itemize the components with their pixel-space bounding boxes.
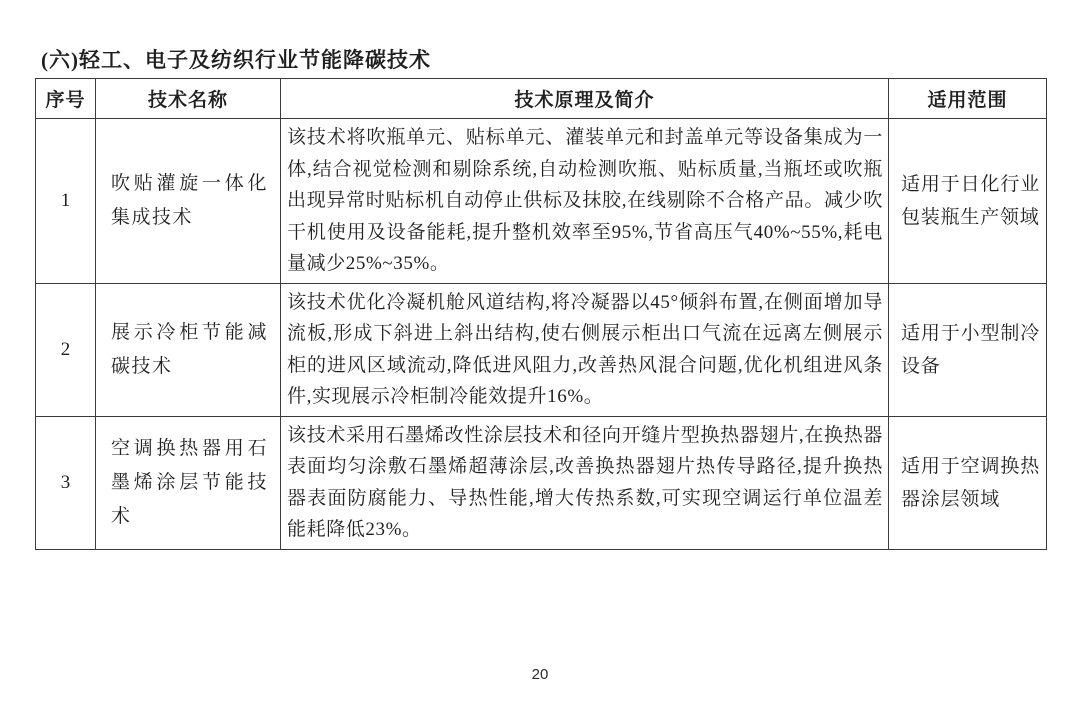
- technology-name: 空调换热器用石墨烯涂层节能技术: [96, 416, 281, 549]
- technology-description: 该技术将吹瓶单元、贴标单元、灌装单元和封盖单元等设备集成为一体,结合视觉检测和剔…: [281, 119, 889, 284]
- document-page: (六)轻工、电子及纺织行业节能降碳技术 序号 技术名称 技术原理及简介 适用范围…: [0, 0, 1080, 704]
- technology-table: 序号 技术名称 技术原理及简介 适用范围 1 吹贴灌旋一体化集成技术 该技术将吹…: [35, 78, 1047, 550]
- header-cell-name: 技术名称: [96, 79, 281, 119]
- row-index: 2: [36, 283, 96, 416]
- technology-description: 该技术采用石墨烯改性涂层技术和径向开缝片型换热器翅片,在换热器表面均匀涂敷石墨烯…: [281, 416, 889, 549]
- technology-description: 该技术优化冷凝机舱风道结构,将冷凝器以45°倾斜布置,在侧面增加导流板,形成下斜…: [281, 283, 889, 416]
- page-number: 20: [0, 666, 1080, 683]
- technology-scope: 适用于空调换热器涂层领域: [889, 416, 1047, 549]
- table-header-row: 序号 技术名称 技术原理及简介 适用范围: [36, 79, 1047, 119]
- row-index: 3: [36, 416, 96, 549]
- technology-name: 展示冷柜节能减碳技术: [96, 283, 281, 416]
- header-cell-index: 序号: [36, 79, 96, 119]
- technology-scope: 适用于小型制冷设备: [889, 283, 1047, 416]
- technology-name: 吹贴灌旋一体化集成技术: [96, 119, 281, 284]
- header-cell-description: 技术原理及简介: [281, 79, 889, 119]
- row-index: 1: [36, 119, 96, 284]
- table-row: 3 空调换热器用石墨烯涂层节能技术 该技术采用石墨烯改性涂层技术和径向开缝片型换…: [36, 416, 1047, 549]
- technology-scope: 适用于日化行业包装瓶生产领域: [889, 119, 1047, 284]
- section-title: (六)轻工、电子及纺织行业节能降碳技术: [41, 44, 431, 74]
- table-row: 2 展示冷柜节能减碳技术 该技术优化冷凝机舱风道结构,将冷凝器以45°倾斜布置,…: [36, 283, 1047, 416]
- table-row: 1 吹贴灌旋一体化集成技术 该技术将吹瓶单元、贴标单元、灌装单元和封盖单元等设备…: [36, 119, 1047, 284]
- header-cell-scope: 适用范围: [889, 79, 1047, 119]
